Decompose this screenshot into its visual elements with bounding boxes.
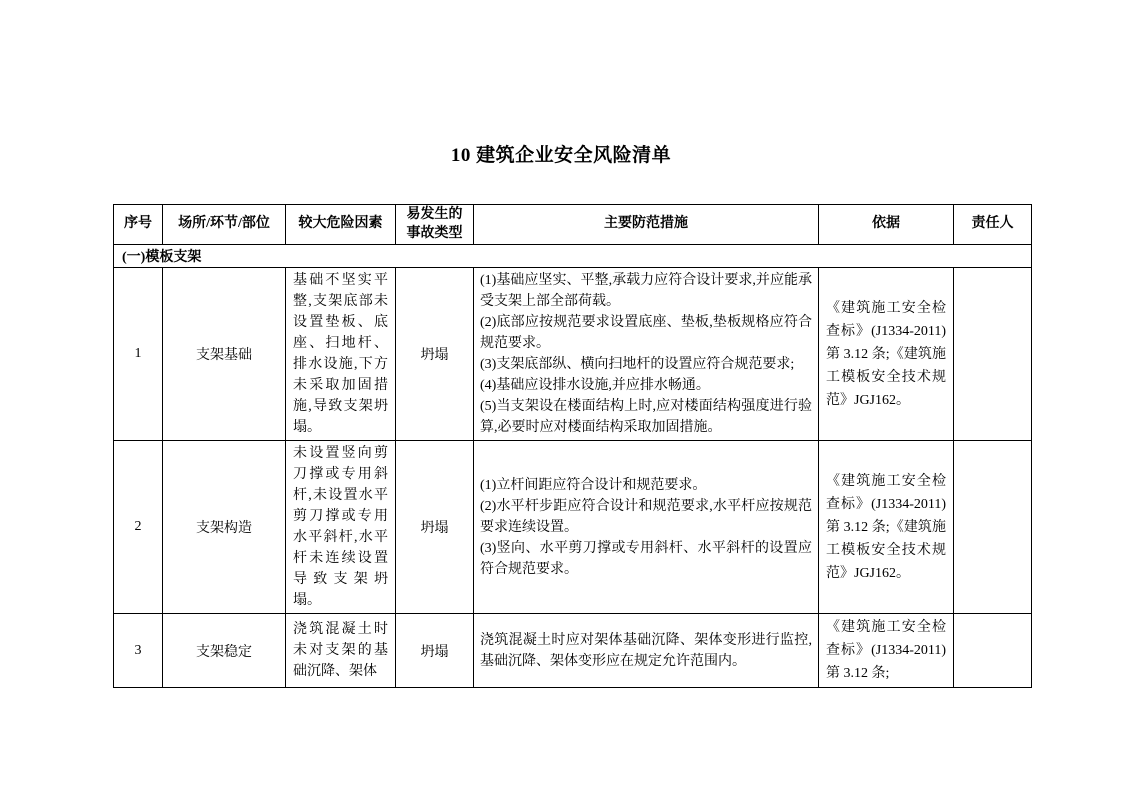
header-cell-place: 场所/环节/部位 — [163, 205, 286, 245]
table-row: 3 支架稳定 浇筑混凝土时未对支架的基础沉降、架体 坍塌 浇筑混凝土时应对架体基… — [114, 614, 1032, 688]
header-row: 序号 场所/环节/部位 较大危险因素 易发生的事故类型 主要防范措施 依据 责任… — [114, 205, 1032, 245]
measure-paragraph: (4)基础应设排水设施,并应排水畅通。 — [480, 375, 812, 396]
cell-no: 1 — [114, 268, 163, 441]
cell-hazard: 浇筑混凝土时未对支架的基础沉降、架体 — [286, 614, 396, 688]
header-cell-hazard: 较大危险因素 — [286, 205, 396, 245]
section-label: (一)模板支架 — [114, 245, 1032, 268]
table-row: 2 支架构造 未设置竖向剪刀撑或专用斜杆,未设置水平剪刀撑或专用水平斜杆,水平杆… — [114, 441, 1032, 614]
page-title: 10 建筑企业安全风险清单 — [0, 0, 1122, 167]
cell-place: 支架基础 — [163, 268, 286, 441]
measure-paragraph: 浇筑混凝土时应对架体基础沉降、架体变形进行监控,基础沉降、架体变形应在规定允许范… — [480, 630, 812, 672]
measure-paragraph: (5)当支架设在楼面结构上时,应对楼面结构强度进行验算,必要时应对楼面结构采取加… — [480, 396, 812, 438]
measure-paragraph: (3)支架底部纵、横向扫地杆的设置应符合规范要求; — [480, 354, 812, 375]
cell-basis: 《建筑施工安全检查标》(J1334-2011)第 3.12 条;《建筑施工模板安… — [819, 268, 954, 441]
cell-place: 支架构造 — [163, 441, 286, 614]
document-page: 10 建筑企业安全风险清单 序号 场所/环节/部位 较大危险因素 易发生的事故类… — [0, 0, 1122, 793]
section-row: (一)模板支架 — [114, 245, 1032, 268]
cell-responsible — [954, 441, 1032, 614]
cell-accident-type: 坍塌 — [396, 614, 474, 688]
header-cell-basis: 依据 — [819, 205, 954, 245]
cell-accident-type: 坍塌 — [396, 268, 474, 441]
cell-measures: (1)立杆间距应符合设计和规范要求。(2)水平杆步距应符合设计和规范要求,水平杆… — [474, 441, 819, 614]
table-row: 1 支架基础 基础不坚实平整,支架底部未设置垫板、底座、扫地杆、排水设施,下方未… — [114, 268, 1032, 441]
cell-measures: 浇筑混凝土时应对架体基础沉降、架体变形进行监控,基础沉降、架体变形应在规定允许范… — [474, 614, 819, 688]
cell-responsible — [954, 268, 1032, 441]
cell-hazard: 未设置竖向剪刀撑或专用斜杆,未设置水平剪刀撑或专用水平斜杆,水平杆未连续设置导致… — [286, 441, 396, 614]
measure-paragraph: (2)底部应按规范要求设置底座、垫板,垫板规格应符合规范要求。 — [480, 312, 812, 354]
cell-basis: 《建筑施工安全检查标》(J1334-2011)第 3.12 条;《建筑施工模板安… — [819, 441, 954, 614]
cell-accident-type: 坍塌 — [396, 441, 474, 614]
header-cell-no: 序号 — [114, 205, 163, 245]
measure-paragraph: (1)基础应坚实、平整,承载力应符合设计要求,并应能承受支架上部全部荷载。 — [480, 270, 812, 312]
header-cell-measures: 主要防范措施 — [474, 205, 819, 245]
measure-paragraph: (1)立杆间距应符合设计和规范要求。 — [480, 475, 812, 496]
measure-paragraph: (3)竖向、水平剪刀撑或专用斜杆、水平斜杆的设置应符合规范要求。 — [480, 538, 812, 580]
cell-measures: (1)基础应坚实、平整,承载力应符合设计要求,并应能承受支架上部全部荷载。(2)… — [474, 268, 819, 441]
cell-hazard: 基础不坚实平整,支架底部未设置垫板、底座、扫地杆、排水设施,下方未采取加固措施,… — [286, 268, 396, 441]
risk-table: 序号 场所/环节/部位 较大危险因素 易发生的事故类型 主要防范措施 依据 责任… — [113, 204, 1032, 688]
cell-no: 3 — [114, 614, 163, 688]
measure-paragraph: (2)水平杆步距应符合设计和规范要求,水平杆应按规范要求连续设置。 — [480, 496, 812, 538]
header-cell-accident-type: 易发生的事故类型 — [396, 205, 474, 245]
cell-place: 支架稳定 — [163, 614, 286, 688]
cell-no: 2 — [114, 441, 163, 614]
cell-basis: 《建筑施工安全检查标》(J1334-2011)第 3.12 条; — [819, 614, 954, 688]
header-cell-responsible: 责任人 — [954, 205, 1032, 245]
cell-responsible — [954, 614, 1032, 688]
